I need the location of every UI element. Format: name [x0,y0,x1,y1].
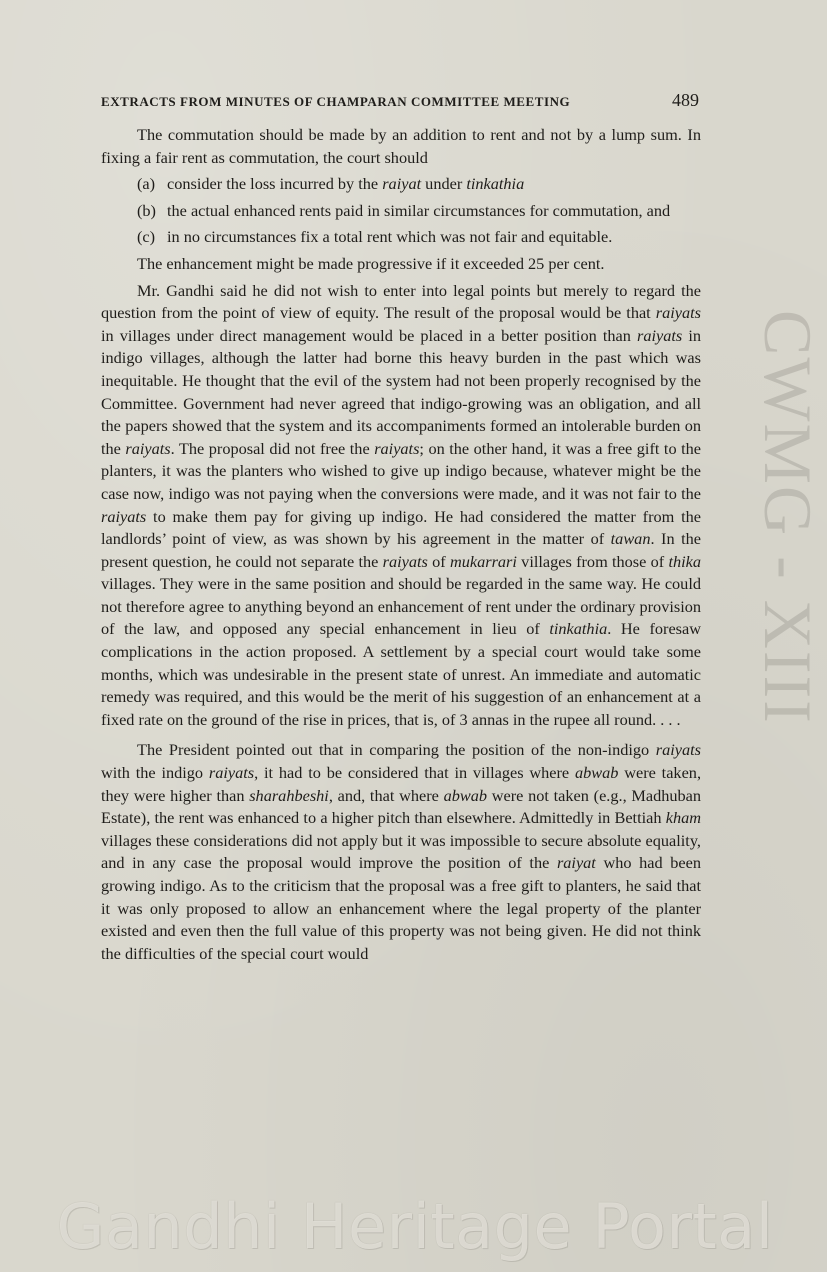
text-run: Mr. Gandhi said he did not wish to enter… [101,281,701,323]
text-run: under [421,174,466,193]
italic-term: raiyats [383,552,428,571]
text-run: of [428,552,450,571]
paragraph-enhancement: The enhancement might be made progressiv… [101,253,701,276]
italic-term: raiyats [374,439,419,458]
list-marker: (b) [137,200,167,223]
italic-term: tinkathia [549,619,607,638]
text-run: the actual enhanced rents paid in simila… [167,201,670,220]
list-item-text: in no circumstances fix a total rent whi… [167,226,699,249]
italic-term: sharahbeshi [249,786,329,805]
italic-term: abwab [575,763,618,782]
criteria-list: (a)consider the loss incurred by the rai… [101,173,701,249]
italic-term: raiyats [637,326,682,345]
list-marker: (a) [137,173,167,196]
running-title: EXTRACTS FROM MINUTES OF CHAMPARAN COMMI… [101,94,570,110]
italic-term: tinkathia [466,174,524,193]
footer-watermark: Gandhi Heritage Portal [10,1190,820,1263]
list-item: (c)in no circumstances fix a total rent … [101,226,701,249]
paragraph-commutation: The commutation should be made by an add… [101,124,701,169]
list-item: (b)the actual enhanced rents paid in sim… [101,200,701,223]
italic-term: raiyat [557,853,596,872]
text-run: in no circumstances fix a total rent whi… [167,227,612,246]
text-run: , and, that where [329,786,444,805]
italic-term: raiyats [101,507,146,526]
list-item-text: the actual enhanced rents paid in simila… [167,200,699,223]
side-watermark: CWMG - XIII [760,310,820,910]
page-number: 489 [672,90,699,111]
italic-term: thika [668,552,701,571]
italic-term: mukarrari [450,552,517,571]
list-item: (a)consider the loss incurred by the rai… [101,173,701,196]
paragraph-gandhi-statement: Mr. Gandhi said he did not wish to enter… [101,280,701,732]
italic-term: raiyats [125,439,170,458]
text-run: , it had to be considered that in villag… [254,763,575,782]
paragraph-president-statement: The President pointed out that in compar… [101,739,701,965]
document-page: EXTRACTS FROM MINUTES OF CHAMPARAN COMMI… [0,0,827,1272]
text-run: The President pointed out that in compar… [137,740,656,759]
body-text: The commutation should be made by an add… [101,124,701,965]
text-run: . The proposal did not free the [171,439,375,458]
italic-term: kham [666,808,701,827]
text-run: villages from those of [517,552,669,571]
text-run: in villages under direct management woul… [101,326,637,345]
text-run: with the indigo [101,763,209,782]
italic-term: raiyats [209,763,254,782]
running-head: EXTRACTS FROM MINUTES OF CHAMPARAN COMMI… [101,90,699,112]
list-marker: (c) [137,226,167,249]
side-watermark-text: CWMG - XIII [758,310,818,725]
italic-term: raiyats [656,740,701,759]
italic-term: tawan [611,529,651,548]
italic-term: raiyat [382,174,421,193]
italic-term: abwab [444,786,487,805]
italic-term: raiyats [656,303,701,322]
text-run: consider the loss incurred by the [167,174,382,193]
list-item-text: consider the loss incurred by the raiyat… [167,173,699,196]
